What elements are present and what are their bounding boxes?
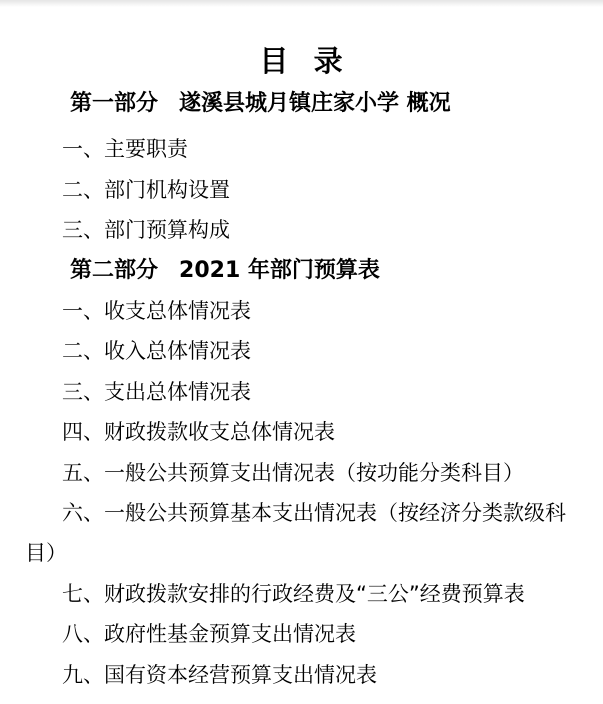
section-label-part1: 第一部分	[70, 91, 158, 116]
toc-item: 二、收入总体情况表	[25, 331, 580, 371]
toc-item: 四、财政拨款收支总体情况表	[25, 412, 580, 452]
document-page: 目 录 第一部分遂溪县城月镇庄家小学 概况 一、主要职责 二、部门机构设置 三、…	[0, 0, 603, 704]
toc-item: 三、部门预算构成	[25, 210, 580, 250]
toc-item: 一、收支总体情况表	[25, 291, 580, 331]
section-heading-part1: 第一部分遂溪县城月镇庄家小学 概况	[25, 84, 580, 124]
section-label-part2: 第二部分	[70, 258, 158, 283]
toc-item: 九、国有资本经营预算支出情况表	[25, 655, 580, 695]
section-title-part1: 遂溪县城月镇庄家小学 概况	[179, 91, 451, 116]
toc-list: 第一部分遂溪县城月镇庄家小学 概况 一、主要职责 二、部门机构设置 三、部门预算…	[0, 84, 580, 695]
toc-title: 目 录	[0, 0, 603, 84]
toc-item: 一、主要职责	[25, 129, 580, 169]
toc-item: 八、政府性基金预算支出情况表	[25, 614, 580, 654]
toc-item: 七、财政拨款安排的行政经费及“三公”经费预算表	[25, 574, 580, 614]
toc-item: 二、部门机构设置	[25, 170, 580, 210]
toc-item: 五、一般公共预算支出情况表（按功能分类科目）	[25, 453, 580, 493]
toc-item: 六、一般公共预算基本支出情况表（按经济分类款级科目）	[25, 493, 580, 574]
toc-item: 三、支出总体情况表	[25, 372, 580, 412]
section-title-part2: 2021 年部门预算表	[179, 258, 380, 283]
section-heading-part2: 第二部分2021 年部门预算表	[25, 251, 580, 291]
